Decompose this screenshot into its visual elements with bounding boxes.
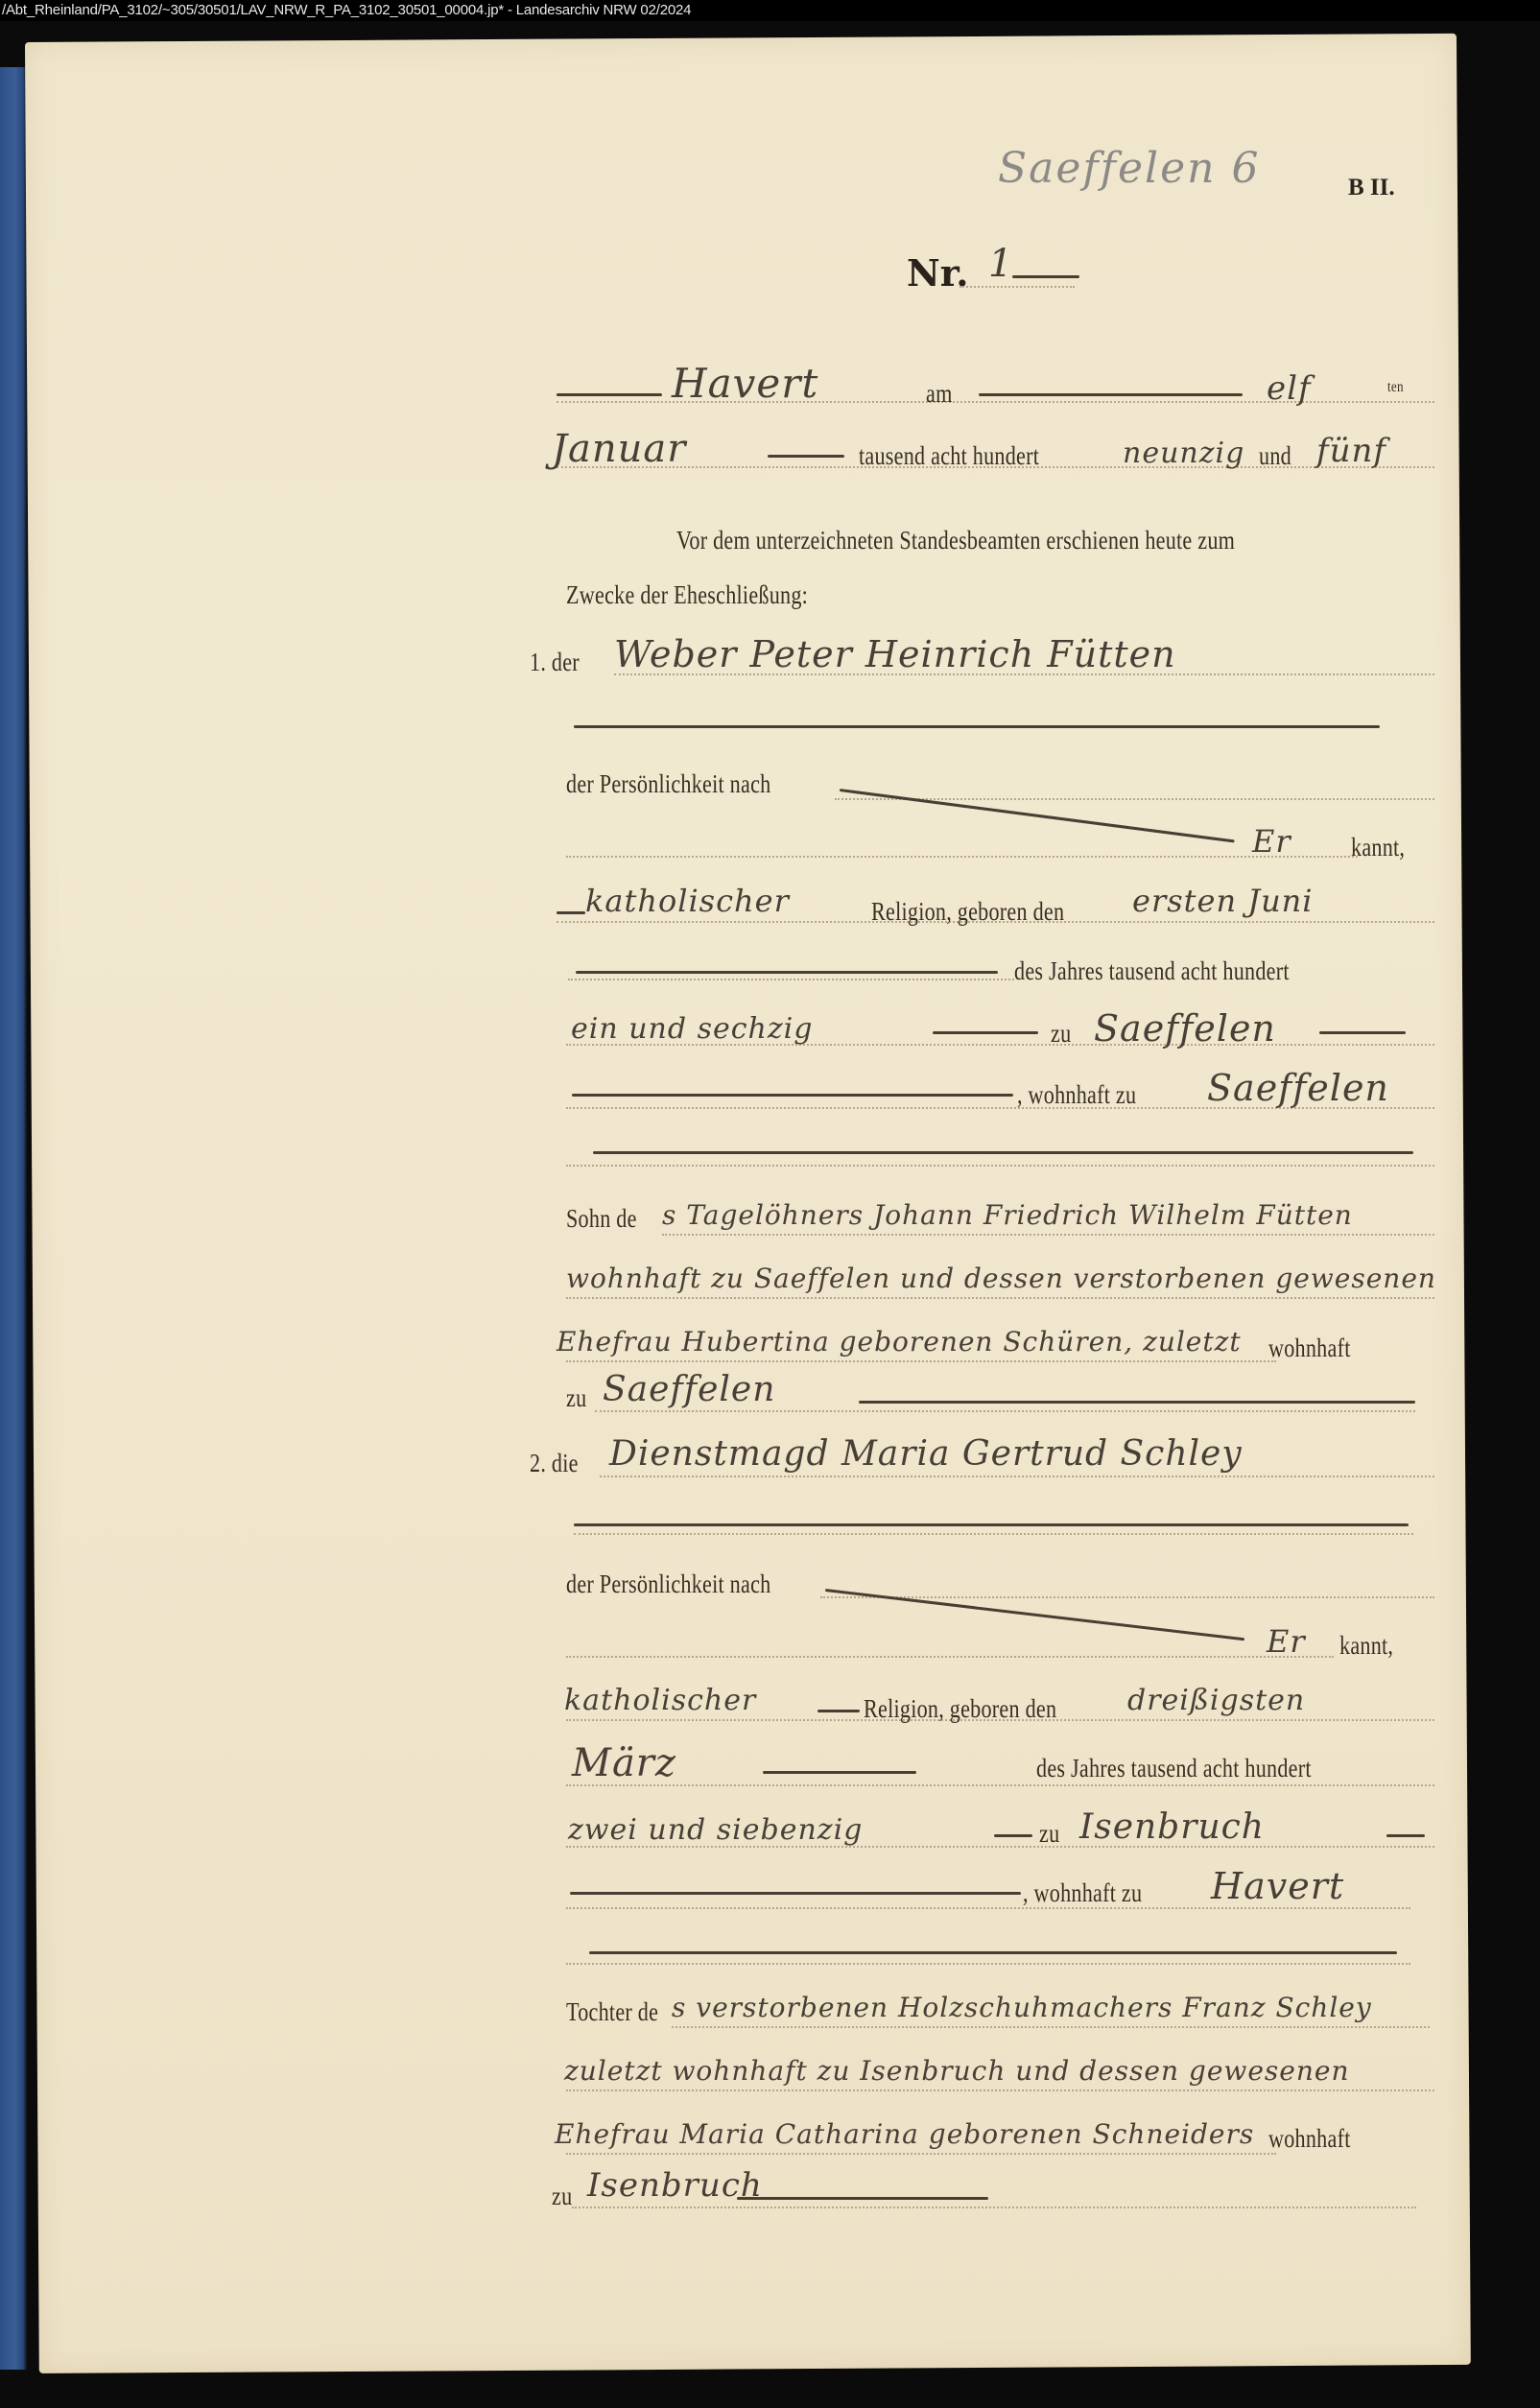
bride-identity-label: der Persönlichkeit nach — [566, 1570, 770, 1599]
groom-parents-line-2: wohnhaft zu Saeffelen und dessen verstor… — [566, 1263, 1436, 1294]
bride-birth-month: März — [572, 1741, 676, 1785]
strike-line — [840, 789, 1235, 842]
bride-identity-suffix: kannt, — [1339, 1631, 1393, 1661]
fill-stroke — [574, 1523, 1409, 1526]
bride-parents-line-3: Ehefrau Maria Catharina geborenen Schnei… — [555, 2118, 1254, 2150]
bride-birthplace-label: zu — [1039, 1819, 1059, 1849]
bride-birth-year: zwei und siebenzig — [568, 1813, 863, 1847]
bride-parents-line-1: s verstorbenen Holzschuhmachers Franz Sc… — [672, 1992, 1372, 2023]
fill-stroke — [768, 455, 844, 458]
marriage-year-tens: neunzig — [1123, 437, 1244, 470]
groom-parents-line-1: s Tagelöhners Johann Friedrich Wilhelm F… — [662, 1199, 1353, 1231]
fill-stroke — [570, 1892, 1021, 1895]
fill-stroke — [1012, 275, 1079, 278]
dotted-line — [574, 1533, 1413, 1535]
dotted-line — [566, 1656, 1334, 1658]
fill-stroke — [557, 911, 585, 914]
bride-religion: katholischer — [564, 1684, 756, 1717]
am-label: am — [926, 379, 953, 409]
groom-parents-residence-label: zu — [566, 1383, 586, 1413]
dotted-line — [960, 286, 1075, 288]
bride-parents-line-3-suffix: wohnhaft — [1268, 2124, 1351, 2154]
groom-residence: Saeffelen — [1207, 1067, 1389, 1109]
dotted-line — [566, 2089, 1434, 2091]
fill-stroke — [994, 1834, 1032, 1837]
groom-parents-residence: Saeffelen — [603, 1370, 775, 1409]
fill-stroke — [574, 725, 1380, 728]
bride-birth-day: dreißigsten — [1127, 1684, 1305, 1717]
bride-residence: Havert — [1211, 1865, 1344, 1907]
fill-stroke — [589, 1951, 1397, 1954]
dotted-line — [568, 979, 1014, 980]
groom-birthplace-label: zu — [1051, 1019, 1071, 1049]
groom-name: Weber Peter Heinrich Fütten — [614, 633, 1176, 675]
fill-stroke — [859, 1401, 1415, 1404]
fill-stroke — [979, 393, 1243, 396]
dotted-line — [566, 2153, 1276, 2155]
day-suffix: ten — [1387, 379, 1404, 396]
dotted-line — [662, 1234, 1434, 1236]
bride-parents-label: Tochter de — [566, 1997, 658, 2027]
dotted-line — [566, 856, 1358, 858]
groom-parents-line-3-suffix: wohnhaft — [1268, 1334, 1351, 1363]
marriage-month: Januar — [552, 427, 686, 471]
bride-name: Dienstmagd Maria Gertrud Schley — [609, 1434, 1243, 1474]
dotted-line — [566, 1360, 1276, 1362]
pencil-archive-note: Saeffelen 6 — [998, 144, 1260, 193]
groom-identity-suffix: kannt, — [1351, 833, 1405, 862]
dotted-line — [566, 1297, 1434, 1299]
record-number-value: 1 — [988, 242, 1013, 286]
marriage-year-units: fünf — [1316, 432, 1386, 470]
groom-parents-line-3: Ehefrau Hubertina geborenen Schüren, zul… — [557, 1326, 1242, 1357]
groom-year-label: des Jahres tausend acht hundert — [1014, 956, 1290, 986]
fill-stroke — [1319, 1031, 1406, 1034]
marriage-record: Saeffelen 6 B II. Nr. 1 Havert am elf te… — [0, 0, 1540, 2408]
fill-stroke — [557, 393, 662, 396]
groom-identity-label: der Persönlichkeit nach — [566, 769, 770, 799]
year-label: tausend acht hundert — [859, 441, 1039, 471]
fill-stroke — [817, 1710, 860, 1712]
bride-parents-line-2: zuletzt wohnhaft zu Isenbruch und dessen… — [564, 2055, 1350, 2087]
groom-parents-label: Sohn de — [566, 1204, 637, 1234]
bride-identity-value: Er — [1267, 1623, 1306, 1660]
groom-identity-value: Er — [1252, 823, 1291, 860]
bride-year-label: des Jahres tausend acht hundert — [1036, 1754, 1312, 1783]
bride-residence-label: , wohnhaft zu — [1023, 1878, 1142, 1908]
intro-line-2: Zwecke der Eheschließung: — [566, 580, 808, 610]
groom-religion: katholischer — [585, 883, 790, 919]
dotted-line — [672, 2026, 1430, 2028]
intro-line-1: Vor dem unterzeichneten Standesbeamten e… — [676, 526, 1235, 555]
groom-birth-day: ersten Juni — [1132, 883, 1314, 919]
marriage-place: Havert — [672, 360, 818, 407]
dotted-line — [595, 1410, 1415, 1412]
groom-birthplace: Saeffelen — [1094, 1007, 1276, 1050]
fill-stroke — [576, 971, 998, 974]
fill-stroke — [1386, 1834, 1425, 1837]
und-label: und — [1259, 441, 1291, 471]
fill-stroke — [572, 1094, 1013, 1097]
groom-number-label: 1. der — [530, 648, 580, 677]
dotted-line — [566, 1784, 1434, 1786]
dotted-line — [600, 1475, 1434, 1477]
marriage-day: elf — [1267, 369, 1312, 408]
bride-birthplace: Isenbruch — [1079, 1807, 1265, 1847]
dotted-line — [566, 1963, 1410, 1965]
dotted-line — [572, 2207, 1416, 2208]
dotted-line — [566, 1165, 1434, 1167]
groom-religion-label: Religion, geboren den — [871, 897, 1064, 927]
bride-parents-residence-label: zu — [552, 2182, 572, 2211]
groom-residence-label: , wohnhaft zu — [1017, 1080, 1136, 1110]
record-number-label: Nr. — [907, 251, 969, 295]
form-code: B II. — [1348, 175, 1395, 201]
fill-stroke — [737, 2197, 988, 2200]
groom-birth-year: ein und sechzig — [571, 1012, 813, 1046]
bride-number-label: 2. die — [530, 1449, 579, 1478]
fill-stroke — [763, 1771, 916, 1774]
fill-stroke — [933, 1031, 1038, 1034]
dotted-line — [566, 1907, 1410, 1909]
bride-religion-label: Religion, geboren den — [864, 1694, 1056, 1724]
fill-stroke — [593, 1151, 1413, 1154]
